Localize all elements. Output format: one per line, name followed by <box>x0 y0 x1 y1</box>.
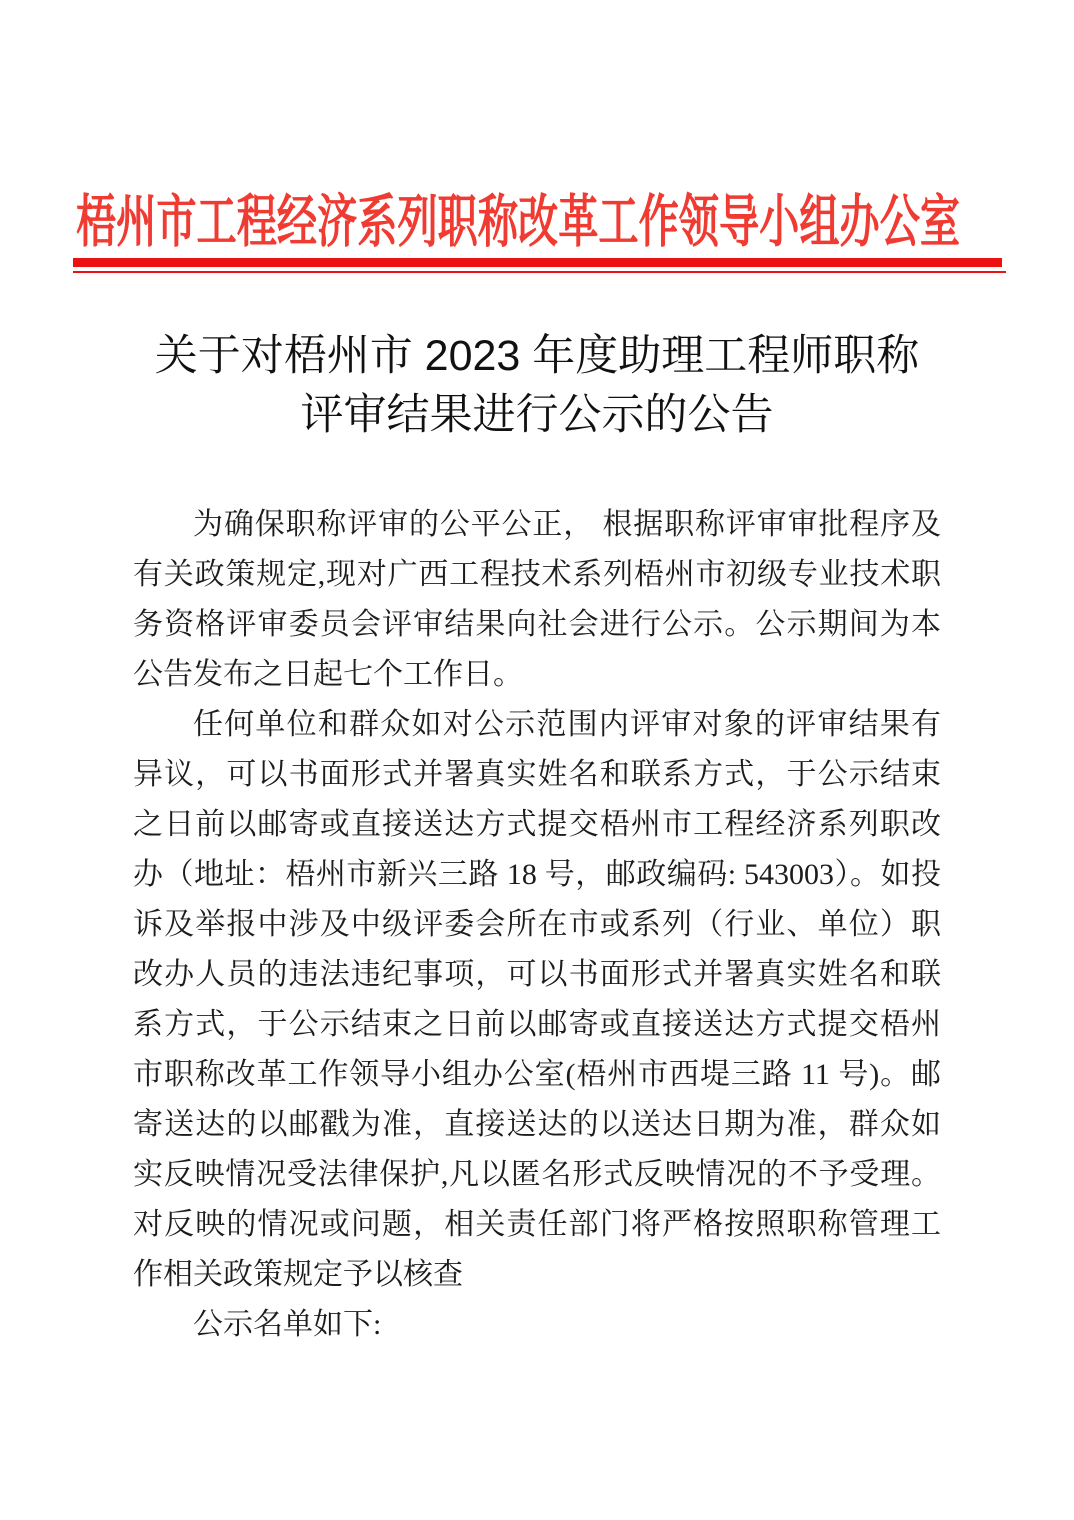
letterhead-rule-thick <box>73 258 1002 267</box>
paragraph-objection-procedure: 任何单位和群众如对公示范围内评审对象的评审结果有异议，可以书面形式并署真实姓名和… <box>133 700 941 1300</box>
document-page: 梧州市工程经济系列职称改革工作领导小组办公室 关于对梧州市 2023 年度助理工… <box>0 0 1074 1520</box>
letterhead-rule-thin <box>73 271 1006 273</box>
document-title-line-2: 评审结果进行公示的公告 <box>0 386 1074 445</box>
document-title-line-1: 关于对梧州市 2023 年度助理工程师职称 <box>0 327 1074 386</box>
letterhead-org-name: 梧州市工程经济系列职称改革工作领导小组办公室 <box>76 194 960 251</box>
document-body: 为确保职称评审的公平公正， 根据职称评审审批程序及有关政策规定,现对广西工程技术… <box>133 500 941 1350</box>
document-title: 关于对梧州市 2023 年度助理工程师职称 评审结果进行公示的公告 <box>0 327 1074 445</box>
paragraph-intro: 为确保职称评审的公平公正， 根据职称评审审批程序及有关政策规定,现对广西工程技术… <box>133 500 941 700</box>
paragraph-list-intro: 公示名单如下: <box>133 1300 941 1350</box>
